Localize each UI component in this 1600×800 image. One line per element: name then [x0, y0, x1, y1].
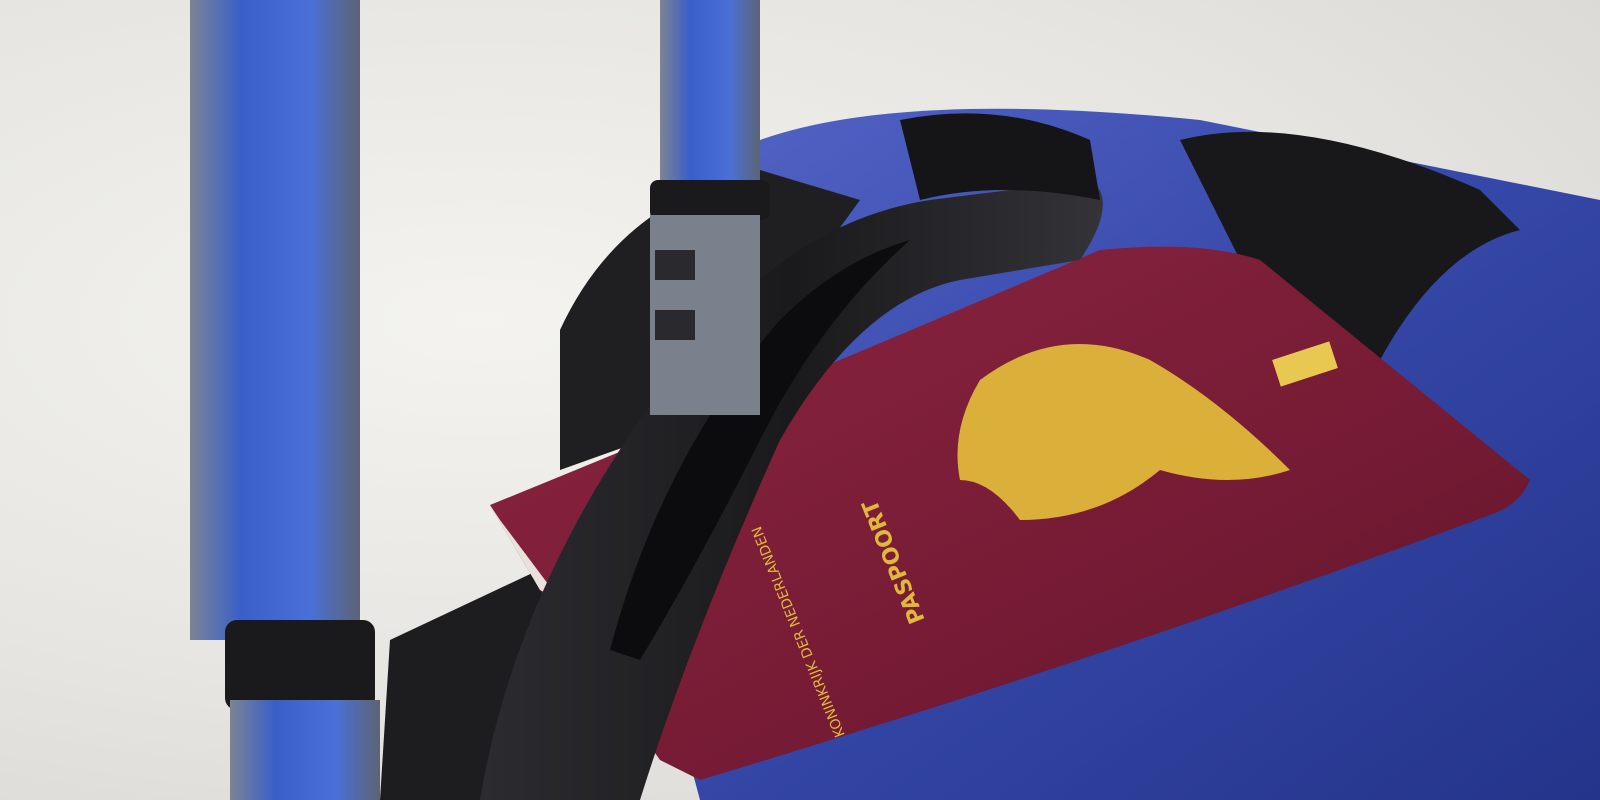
trolley-rod-left — [190, 0, 360, 640]
trolley-rod-right — [660, 0, 760, 200]
photo-illustration: PASPOORT KONINKRIJK DER NEDERLANDEN — [0, 0, 1600, 800]
photo-scene: PASPOORT KONINKRIJK DER NEDERLANDEN Clos… — [0, 0, 1600, 800]
